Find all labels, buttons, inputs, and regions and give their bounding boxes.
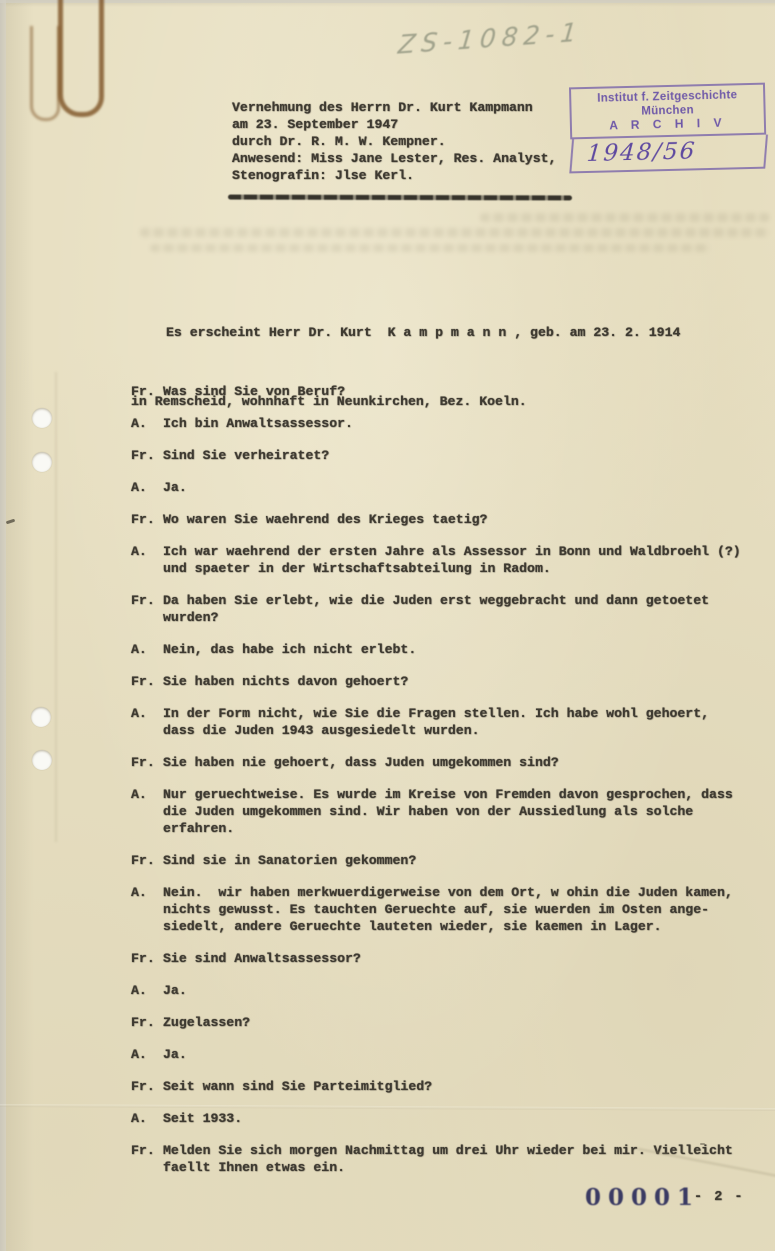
qa-speaker-label: A. [131, 415, 163, 432]
qa-text: Was sind Sie von Beruf? [163, 383, 761, 400]
qa-entry: A. Ich bin Anwaltsassessor. [131, 415, 761, 432]
qa-speaker-label: A. [131, 786, 163, 837]
qa-text: Ich war waehrend der ersten Jahre als As… [163, 543, 761, 577]
qa-entry: Fr. Zugelassen? [131, 1014, 761, 1031]
qa-speaker-label: Fr. [131, 1142, 163, 1176]
paper-speck [6, 519, 15, 525]
qa-entry: Fr. Da haben Sie erlebt, wie die Juden e… [131, 592, 761, 626]
qa-entry: Fr. Sind Sie verheiratet? [131, 447, 761, 464]
qa-text: Nein, das habe ich nicht erlebt. [163, 641, 761, 658]
qa-list: Fr. Was sind Sie von Beruf? A. Ich bin A… [131, 383, 761, 1191]
qa-text: In der Form nicht, wie Sie die Fragen st… [163, 705, 761, 739]
qa-entry: Fr. Sie sind Anwaltsassessor? [131, 950, 761, 967]
qa-speaker-label: Fr. [131, 592, 163, 626]
header-underline [228, 195, 572, 201]
qa-entry: A. Nein, das habe ich nicht erlebt. [131, 641, 761, 658]
paperclip-rust-mark-outer [58, 0, 104, 117]
qa-entry: Fr. Was sind Sie von Beruf? [131, 383, 761, 400]
qa-entry: Fr. Sind sie in Sanatorien gekommen? [131, 852, 761, 869]
qa-speaker-label: Fr. [131, 754, 163, 771]
qa-text: Ich bin Anwaltsassessor. [163, 415, 761, 432]
stamp-accession-number: 1948/56 [569, 134, 768, 173]
punch-hole [32, 750, 52, 770]
punch-hole [32, 452, 52, 472]
qa-speaker-label: A. [131, 982, 163, 999]
punch-hole [32, 408, 52, 428]
qa-text: Seit wann sind Sie Parteimitglied? [163, 1078, 761, 1095]
qa-text: Ja. [163, 479, 761, 496]
header-stenographer-line: Stenografin: Jlse Kerl. [232, 167, 556, 184]
qa-entry: Fr. Melden Sie sich morgen Nachmittag um… [131, 1142, 761, 1176]
document-header: Vernehmung des Herrn Dr. Kurt Kampmann a… [232, 99, 556, 184]
qa-entry: A. Ja. [131, 1046, 761, 1063]
header-title-line: Vernehmung des Herrn Dr. Kurt Kampmann [232, 99, 556, 116]
pencil-archive-number: ZS-1082-1 [397, 13, 639, 59]
qa-entry: A. Seit 1933. [131, 1110, 761, 1127]
qa-speaker-label: A. [131, 641, 163, 658]
qa-speaker-label: A. [131, 1110, 163, 1127]
paper-speck [700, 1143, 705, 1145]
qa-entry: A. Nur geruechtweise. Es wurde im Kreise… [131, 786, 761, 837]
qa-entry: A. Ja. [131, 982, 761, 999]
qa-speaker-label: Fr. [131, 1014, 163, 1031]
qa-speaker-label: A. [131, 705, 163, 739]
qa-speaker-label: Fr. [131, 1078, 163, 1095]
qa-text: Seit 1933. [163, 1110, 761, 1127]
qa-speaker-label: Fr. [131, 511, 163, 528]
qa-text: Ja. [163, 982, 761, 999]
qa-entry: Fr. Sie haben nie gehoert, dass Juden um… [131, 754, 761, 771]
qa-text: Wo waren Sie waehrend des Krieges taetig… [163, 511, 761, 528]
qa-text: Zugelassen? [163, 1014, 761, 1031]
qa-speaker-label: Fr. [131, 447, 163, 464]
qa-text: Sind sie in Sanatorien gekommen? [163, 852, 761, 869]
archive-stamp-institution: Institut f. Zeitgeschichte München A R C… [569, 83, 766, 139]
header-present-line: Anwesend: Miss Jane Lester, Res. Analyst… [232, 150, 556, 167]
qa-entry: A. Ja. [131, 479, 761, 496]
header-date-line: am 23. September 1947 [232, 116, 556, 133]
scanned-document-page: ZS-1082-1 Institut f. Zeitgeschichte Mün… [0, 0, 775, 1251]
punch-hole [31, 707, 51, 727]
qa-speaker-label: Fr. [131, 852, 163, 869]
qa-text: Sind Sie verheiratet? [163, 447, 761, 464]
qa-text: Nur geruechtweise. Es wurde im Kreise vo… [163, 786, 761, 837]
qa-speaker-label: Fr. [131, 950, 163, 967]
qa-speaker-label: Fr. [131, 383, 163, 400]
archive-stamp: Institut f. Zeitgeschichte München A R C… [569, 83, 767, 173]
qa-text: Nein. wir haben merkwuerdigerweise von d… [163, 884, 761, 935]
qa-entry: A. Nein. wir haben merkwuerdigerweise vo… [131, 884, 761, 935]
paperclip-rust-mark-inner [30, 26, 60, 121]
qa-speaker-label: A. [131, 479, 163, 496]
ghost-text-smudge [140, 228, 770, 237]
qa-speaker-label: A. [131, 884, 163, 935]
qa-text: Sie haben nichts davon gehoert? [163, 673, 761, 690]
page-serial-stamp: 00001 [585, 1184, 700, 1211]
qa-text: Melden Sie sich morgen Nachmittag um dre… [163, 1142, 761, 1176]
ghost-text-smudge [150, 244, 710, 252]
qa-entry: A. Ich war waehrend der ersten Jahre als… [131, 543, 761, 577]
scan-edge-top [0, 0, 775, 3]
intro-line-appearance: Es erscheint Herr Dr. Kurt K a m p m a n… [166, 324, 680, 341]
scan-edge-left [0, 0, 6, 1251]
paperclip-rust-mark [28, 0, 108, 130]
ghost-text-smudge [480, 213, 770, 222]
qa-text: Sie sind Anwaltsassessor? [163, 950, 761, 967]
qa-text: Ja. [163, 1046, 761, 1063]
page-number: - 2 - [694, 1190, 745, 1205]
paper-crease-vertical [55, 372, 57, 842]
qa-speaker-label: A. [131, 543, 163, 577]
qa-speaker-label: Fr. [131, 673, 163, 690]
qa-entry: A. In der Form nicht, wie Sie die Fragen… [131, 705, 761, 739]
qa-text: Sie haben nie gehoert, dass Juden umgeko… [163, 754, 761, 771]
qa-text: Da haben Sie erlebt, wie die Juden erst … [163, 592, 761, 626]
qa-entry: Fr. Sie haben nichts davon gehoert? [131, 673, 761, 690]
header-interrogator-line: durch Dr. R. M. W. Kempner. [232, 133, 556, 150]
qa-entry: Fr. Seit wann sind Sie Parteimitglied? [131, 1078, 761, 1095]
qa-entry: Fr. Wo waren Sie waehrend des Krieges ta… [131, 511, 761, 528]
qa-speaker-label: A. [131, 1046, 163, 1063]
